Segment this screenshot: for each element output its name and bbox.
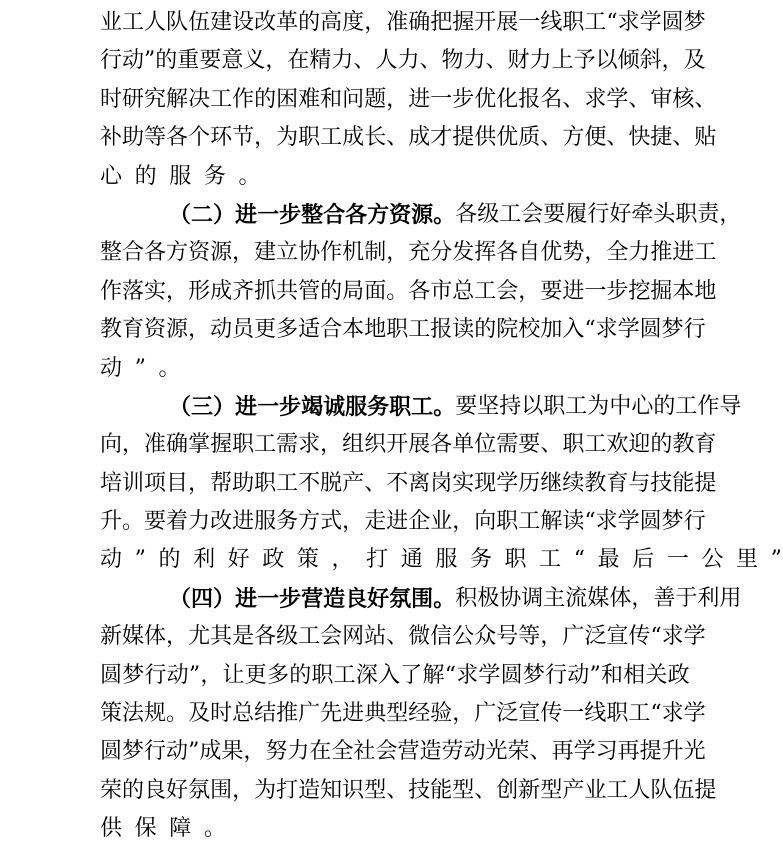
text-line: 作落实，形成齐抓共管的局面。各市总工会，要进一步挖掘本地 bbox=[100, 273, 690, 311]
text-line: 整合各方资源，建立协作机制，充分发挥各自优势，全力推进工 bbox=[100, 234, 690, 272]
text-line: 圆梦行动”成果，努力在全社会营造劳动光荣、再学习再提升光 bbox=[100, 733, 690, 771]
heading-line: （三）进一步竭诚服务职工。要坚持以职工为中心的工作导 bbox=[100, 388, 690, 426]
document-page: 业工人队伍建设改革的高度，准确把握开展一线职工“求学圆梦行动”的重要意义，在精力… bbox=[100, 4, 690, 848]
text-line: 动”。 bbox=[100, 350, 690, 388]
heading-line: （四）进一步营造良好氛围。积极协调主流媒体，善于利用 bbox=[100, 580, 690, 618]
text-line: 时研究解决工作的困难和问题，进一步优化报名、求学、审核、 bbox=[100, 81, 690, 119]
text-line: 荣的良好氛围，为打造知识型、技能型、创新型产业工人队伍提 bbox=[100, 772, 690, 810]
text-line: 教育资源，动员更多适合本地职工报读的院校加入“求学圆梦行 bbox=[100, 311, 690, 349]
text-line: 供保障。 bbox=[100, 810, 690, 848]
text-line: 新媒体，尤其是各级工会网站、微信公众号等，广泛宣传“求学 bbox=[100, 618, 690, 656]
text-line: 行动”的重要意义，在精力、人力、物力、财力上予以倾斜，及 bbox=[100, 42, 690, 80]
text-line: 升。要着力改进服务方式，走进企业，向职工解读“求学圆梦行 bbox=[100, 503, 690, 541]
heading-line: （二）进一步整合各方资源。各级工会要履行好牵头职责， bbox=[100, 196, 690, 234]
text-line: 培训项目，帮助职工不脱产、不离岗实现学历继续教育与技能提 bbox=[100, 465, 690, 503]
text-line: 业工人队伍建设改革的高度，准确把握开展一线职工“求学圆梦 bbox=[100, 4, 690, 42]
text-line: 向，准确掌握职工需求，组织开展各单位需要、职工欢迎的教育 bbox=[100, 426, 690, 464]
text-line: 圆梦行动”，让更多的职工深入了解“求学圆梦行动”和相关政 bbox=[100, 657, 690, 695]
paragraph-p3: （三）进一步竭诚服务职工。要坚持以职工为中心的工作导向，准确掌握职工需求，组织开… bbox=[100, 388, 690, 580]
text-line: 补助等各个环节，为职工成长、成才提供优质、方便、快捷、贴 bbox=[100, 119, 690, 157]
text-line: 心的服务。 bbox=[100, 158, 690, 196]
text-line: 策法规。及时总结推广先进典型经验，广泛宣传一线职工“求学 bbox=[100, 695, 690, 733]
paragraph-p2: （二）进一步整合各方资源。各级工会要履行好牵头职责，整合各方资源，建立协作机制，… bbox=[100, 196, 690, 388]
paragraph-p1: 业工人队伍建设改革的高度，准确把握开展一线职工“求学圆梦行动”的重要意义，在精力… bbox=[100, 4, 690, 196]
paragraph-p4: （四）进一步营造良好氛围。积极协调主流媒体，善于利用新媒体，尤其是各级工会网站、… bbox=[100, 580, 690, 848]
text-line: 动”的利好政策，打通服务职工“最后一公里”。 bbox=[100, 541, 690, 579]
